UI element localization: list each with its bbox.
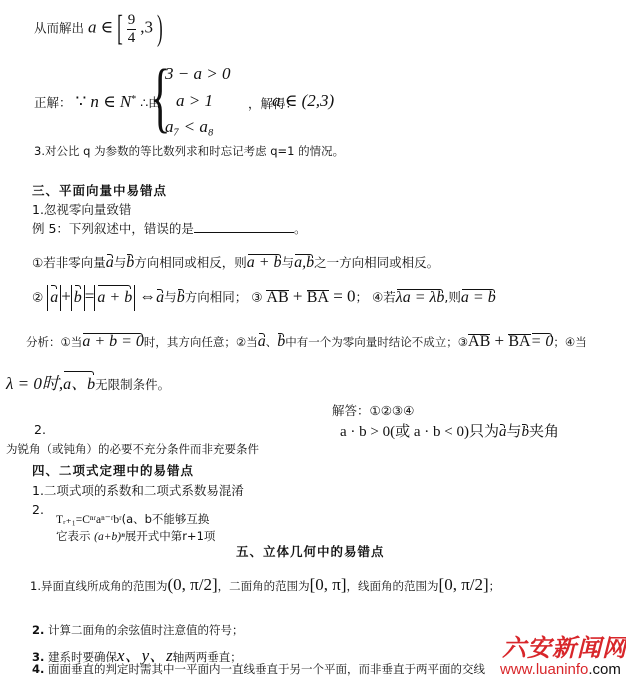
analysis-line-2: λ = 0时,a、b无限制条件。 bbox=[6, 369, 170, 394]
item-2-expression: a · b > 0(或 a · b < 0)只为a与b夹角 bbox=[340, 420, 559, 441]
range-skew-lines: (0, π/2] bbox=[167, 575, 217, 594]
correct-solution-label-line: 正解： ∵ n ∈ N* ∴由 bbox=[34, 92, 161, 112]
binomial-formula: Tᵣ₊₁=Cⁿʳaⁿ⁻ʳbʳ(a、b不能够互换 bbox=[56, 511, 209, 527]
answer-blank bbox=[194, 221, 294, 233]
section-4-item-2-number: 2. bbox=[32, 502, 44, 517]
section-5-title: 五、立体几何中的易错点 bbox=[236, 542, 385, 560]
section-4-item-1: 1.二项式项的系数和二项式系数易混淆 bbox=[32, 481, 244, 499]
abs-b: b bbox=[71, 285, 85, 311]
section-3-title: 三、平面向量中易错点 bbox=[32, 181, 167, 199]
item-2-number: 2. bbox=[34, 422, 46, 437]
binomial-meaning: 它表示 (a+b)ⁿ展开式中第r+1项 bbox=[56, 528, 215, 544]
answer: 解答：①②③④ bbox=[332, 401, 414, 419]
vector-BA: BA bbox=[307, 289, 329, 307]
solution-result-line: 从而解出 a ∈ [ 9 4 ,3 ) bbox=[34, 12, 163, 46]
item-2-continuation: 为锐角（或钝角）的必要不充分条件而非充要条件 bbox=[6, 441, 259, 457]
vector-AB: AB bbox=[266, 289, 288, 307]
fraction-9-4: 9 4 bbox=[127, 12, 137, 46]
element-of-symbol: ∈ bbox=[100, 18, 113, 37]
watermark-name: 六安新闻网 bbox=[502, 633, 626, 662]
vectors-a-b: a,b bbox=[294, 254, 314, 272]
watermark-url: www.luaninfo.com bbox=[498, 661, 623, 678]
solution-prefix: 从而解出 bbox=[34, 21, 84, 36]
section-3-item-1: 1.忽视零向量致错 bbox=[32, 200, 131, 218]
variable-a: a bbox=[88, 18, 97, 37]
statement-1: ①若非零向量a与b方向相同或相反，则a + b与a,b之一方向相同或相反。 bbox=[32, 253, 439, 272]
section-5-item-2: 2. 计算二面角的余弦值时注意值的符号； bbox=[32, 622, 244, 638]
statements-2-4: ② a+b=a + b ⇔a与b方向相同； ③ AB + BA = 0； ④若λ… bbox=[32, 285, 496, 311]
analysis-line-1: 分析：①当a + b = 0时，其方向任意；②当a、b中有一个为零向量时结论不成… bbox=[26, 331, 587, 351]
solved-result: a ∈ (2,3) bbox=[272, 91, 334, 111]
watermark-logo: 六安新闻网 bbox=[500, 628, 626, 663]
iff-symbol: ⇔ bbox=[139, 287, 156, 306]
section-5-item-1: 1.异面直线所成角的范围为(0, π/2]，二面角的范围为[0, π]，线面角的… bbox=[30, 575, 500, 595]
range-line-plane: [0, π/2] bbox=[439, 575, 489, 594]
close-paren: ) bbox=[157, 8, 163, 50]
system-eq-1: 3 − a > 0 bbox=[165, 64, 230, 84]
abs-a: a bbox=[47, 285, 61, 311]
abs-a-plus-b: a + b bbox=[94, 285, 135, 311]
vector-sum: a + b bbox=[247, 254, 282, 272]
section-5-item-4: 4. 面面垂直的判定时需其中一平面内一直线垂直于另一个平面，而非垂直于两平面的交… bbox=[32, 661, 485, 677]
section-4-title: 四、二项式定理中的易错点 bbox=[32, 461, 194, 479]
point-3-text: 3.对公比 q 为参数的等比数列求和时忘记考虑 q=1 的情况。 bbox=[34, 143, 344, 159]
open-bracket: [ bbox=[117, 8, 123, 50]
n-in-naturals: n ∈ N bbox=[90, 92, 131, 111]
system-eq-3: a₇ < a₈ bbox=[165, 117, 214, 137]
system-eq-2: a > 1 bbox=[176, 91, 213, 111]
vector-a: a bbox=[106, 254, 114, 272]
vector-b: b bbox=[126, 254, 134, 272]
range-dihedral: [0, π] bbox=[310, 575, 347, 594]
example-5: 例 5：下列叙述中，错误的是。 bbox=[32, 219, 306, 237]
